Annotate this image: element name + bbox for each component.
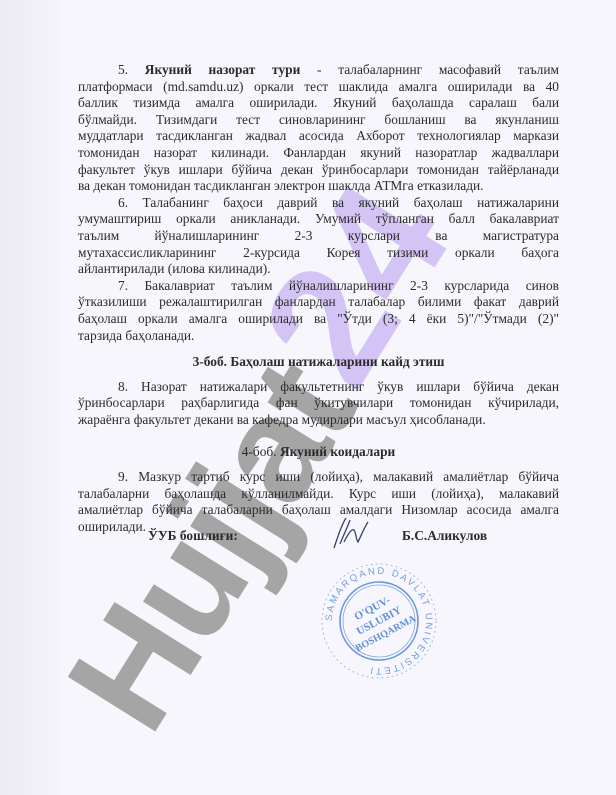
text-line: 7. Бакалавриат таълим йўналишларининг 2-… xyxy=(78,278,559,295)
text-line: умумаштириш оркали аникланади. Умумий тў… xyxy=(78,211,559,228)
text-line: ўринбосарлари раҳбарлигида фан ўкитувчил… xyxy=(78,395,559,412)
paragraph-8: 8. Назорат натижалари факультетнинг ўкув… xyxy=(78,379,559,429)
paragraph-7: 7. Бакалавриат таълим йўналишларининг 2-… xyxy=(78,278,559,344)
text-line: бўлмайди. Тизимдаги тест синовларининг б… xyxy=(78,112,559,129)
text-line: ўтказилиши режалаштирилган фанлардан тал… xyxy=(78,294,559,311)
text-line: 5. Якуний назорат тури - талабаларнинг м… xyxy=(78,62,559,79)
signatory-position: ЎУБ бошлиғи: xyxy=(148,528,238,544)
text-line: ва декан томонидан тасдикланган электрон… xyxy=(78,178,559,195)
text-line: факультет ўкув ишлари бўйича декан ўринб… xyxy=(78,162,559,179)
document-body: 5. Якуний назорат тури - талабаларнинг м… xyxy=(78,62,559,535)
signatory-name: Б.С.Аликулов xyxy=(402,528,487,544)
text-line: баллик тизимда амалга оширилади. Якуний … xyxy=(78,95,559,112)
term-bold: Якуний назорат тури xyxy=(145,62,301,77)
section-4-heading: 4-боб. Якуний коидалари xyxy=(78,444,559,461)
text-line: айлантирилади (илова килинади). xyxy=(78,261,559,278)
handwritten-signature-icon xyxy=(330,514,370,550)
paragraph-5: 5. Якуний назорат тури - талабаларнинг м… xyxy=(78,62,559,195)
paragraph-9: 9. Мазкур тартиб курс иши (лойиҳа), мала… xyxy=(78,469,559,535)
section-3-heading: 3-боб. Баҳолаш натижаларини кайд этиш xyxy=(78,354,559,371)
text-line: амалиётлар бўйича талабаларни баҳолаш ам… xyxy=(78,502,559,519)
text-line: мутахассисликларининг 2-курсида Корея ти… xyxy=(78,245,559,262)
text-line: талабаларни баҳолашда кўлланилмайди. Кур… xyxy=(78,486,559,503)
text-line: жараёнга факультет декани ва кафедра муд… xyxy=(78,412,559,429)
text-line: 9. Мазкур тартиб курс иши (лойиҳа), мала… xyxy=(78,469,559,486)
text-line: муддатлари тасдикланган жадвал асосида А… xyxy=(78,128,559,145)
text-line: тарзида баҳоланади. xyxy=(78,328,559,345)
paragraph-6: 6. Талабанинг баҳоси даврий ва якуний ба… xyxy=(78,195,559,278)
scan-edge-shadow xyxy=(0,0,60,795)
text-line: томонидан назорат килинади. Фанлардан як… xyxy=(78,145,559,162)
text-line: таълим йўналишларининг 2-3 курслари ва м… xyxy=(78,228,559,245)
text-line: баҳолаш оркали амалга оширилади ва "Ўтди… xyxy=(78,311,559,328)
text-line: 6. Талабанинг баҳоси даврий ва якуний ба… xyxy=(78,195,559,212)
official-stamp-icon: SAMARQAND DAVLAT UNIVERSITETI O'QUV- USL… xyxy=(318,560,440,682)
document-page: Hujjat 24 5. Якуний назорат тури - талаб… xyxy=(0,0,616,795)
text-line: 8. Назорат натижалари факультетнинг ўкув… xyxy=(78,379,559,396)
text-line: платформаси (md.samdu.uz) оркали тест ша… xyxy=(78,79,559,96)
